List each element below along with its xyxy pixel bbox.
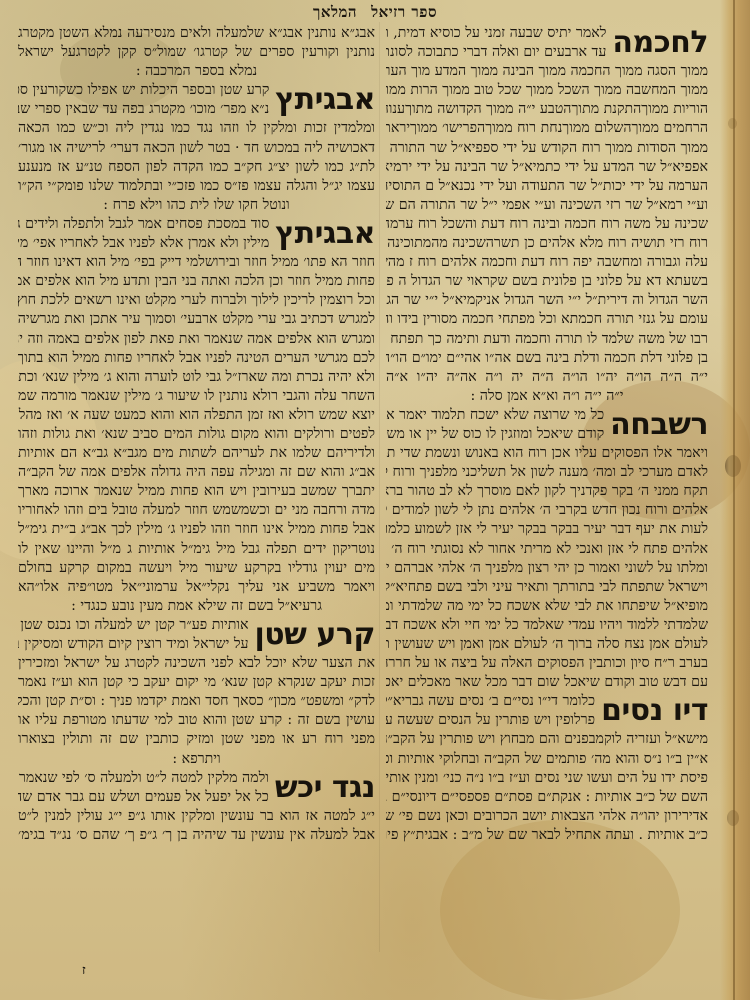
text-line: י״ג למטה אז הוא בר עונשין ומלקין אותו ג״…: [18, 807, 375, 826]
text-line: עלה וגבורה ומחשבה יפה רוח דעת וחכמה אלהי…: [386, 253, 708, 272]
text-line: נותנין וקורעין ספרים של קטרגו׳ שמול״ס קק…: [18, 43, 375, 62]
text-line: ויאמר משביע אני עליך נקלי״אל ערמוני״אל מ…: [18, 578, 375, 597]
text-line: י״ה ה״ה הו״ה יה״ו הו״ה ה״ה יה ו״ה אה״ה י…: [386, 368, 708, 387]
text-line: הרחמים ממוךהשלום ממוךנחת רוח ממוךהפרישו׳…: [386, 119, 708, 138]
text-line: מילין ולא אמרן אלא לפניו אבל לאחריו אפי׳…: [18, 234, 269, 253]
text-line: השר הגדול וה דירית״ל י״י השר הגדול אניקמ…: [386, 291, 708, 310]
text-line: וכל רוצמין לריכין לילוך ולברוח לערי מקלט…: [18, 291, 375, 310]
paper-stain: [440, 820, 680, 1000]
text-line: וע״י רמא״ל שר רזי השכינה וע״י אפמי י״ל ש…: [386, 196, 708, 215]
section-avgitatz-2: אבגיתץ סוד במסכת פסחים אמר לגבל ולתפלה ו…: [18, 215, 375, 616]
column-divider: [379, 22, 380, 952]
text-line: כ״ב אותיות . ועתה אתחיל לבאר שם של מ״ב :…: [386, 826, 708, 845]
text-line: יוצא שמש רולא ואז זמן התפלה הוא והוא כמע…: [18, 406, 375, 425]
text-line: עד ארבעים יום ואלה דברי כתבוכה לסונתיה ל…: [386, 43, 606, 62]
text-line: מפני רוח רע או מפני שטן ומזיק כותבין שם …: [18, 730, 375, 749]
running-head-right: ספר רזיאל: [371, 3, 437, 22]
text-line: ולמה מלקין למטה ל״ט ולמעלה ס׳ לפי שנאמר …: [18, 769, 269, 788]
text-line: אבל למעלה אין עונשין עד שיהיה בן ך׳ ג״פ …: [18, 826, 375, 845]
text-line: יתברך שמשב בעירובין ויש הוא פחות ממיל שנ…: [18, 482, 375, 501]
text-line: כל אל יפעל אל פעמים ושלש עם גבר אדם שהוא…: [18, 788, 269, 807]
folio-mark: ז: [82, 962, 86, 978]
text-line: כל מי שרוצה שלא ישכח תלמוד יאמר אלו הפסו…: [386, 406, 604, 425]
text-line: הערמה על ידי יכות״ל שר התעודה ועל ידי נכ…: [386, 177, 708, 196]
section-heading: נגד יכש: [269, 769, 375, 807]
text-line: לפטים ורולקים והוא מקום גולות המים סביב …: [18, 425, 375, 444]
text-line: לכם מגרשי הערים הטינה לפניו אבל לאחריו פ…: [18, 349, 375, 368]
section-lechochma: לחכמה לאמר יתיס שבעה זמני על כוסיא דמית,…: [386, 24, 708, 406]
text-line: בשעתא דא על פלוני בן פלונית בשם שקראוי ש…: [386, 272, 708, 291]
text-line: מופיא״ל שיפתחו את לבי שלא אשכח כל ימי מה…: [386, 597, 708, 616]
text-line: אבל פחות ממיל אינו חוזר וזהו לפניו ג׳ מי…: [18, 520, 375, 539]
section-kra-satan: קרע שטן אותיות פע״ר קטן יש למעלה וכו נכנ…: [18, 616, 375, 769]
page-edge-binding: [720, 0, 750, 1000]
text-line: פחות ממיל חוזר וכן הלכה ואתה בני הבין ות…: [18, 272, 375, 291]
text-line: ולא יהיה נכרת ומה שארז״ל גבי לוט לוערה ו…: [18, 368, 375, 387]
text-line: קודם שיאכל ומוזגין לו כוס של יין או משקה…: [386, 425, 604, 444]
text-line: קרע שטן ובספר היכלות יש אפילו כשקורעין ס…: [18, 81, 269, 100]
text-line: חוזר הא פתו׳ ממיל חוזר ובירושלמי דייק בפ…: [18, 253, 375, 272]
text-line: בערב ר״ח סיון וכותבין הפסוקים האלה על בי…: [386, 654, 708, 673]
text-line: עם דבש טוב וקודם שיאכל שום דבר מכל שאר מ…: [386, 673, 708, 692]
text-line: אדירירון יהו״ה אלהי הצבאות יושב הכרובים …: [386, 807, 708, 826]
text-line: לעות את יעף דבר יעיר בבקר בבקר יעיר לי א…: [386, 520, 708, 539]
text-line: עומם על גנזי תורה חכמתא וכל מפתחי חכמה מ…: [386, 310, 708, 329]
section-heading: אבגיתץ: [269, 81, 375, 119]
text-line: רוח רזי תושיה רוח מלא אלהים כן תשרהשכינה…: [386, 234, 708, 253]
text-line: לדק״ ומשפט״ מכון״ כסאך חסד ואמת יקדמו פנ…: [18, 692, 375, 711]
text-line: נוטריקון ידים תפלה גבל מיל גימ״ל אותיות …: [18, 540, 375, 559]
section-heading: רשבחה: [604, 406, 708, 444]
text-line: ומגרש הוא אלפים אמה שנאמר ואת פאת לפון א…: [18, 330, 375, 349]
text-line: אב״ג והוא שם זה ומגילה עפה היה גדולה אלפ…: [18, 463, 375, 482]
text-line: עצמו יג״ל והגלה עצמו פז״ס כמו פזכ״י ובתל…: [18, 177, 375, 196]
text-line: לאדם מערכי לב ומה׳ מענה לשון אל תשליכני …: [386, 463, 708, 482]
page-fold-line: [733, 0, 735, 1000]
section-heading: דיו נסים: [595, 692, 708, 730]
section-heading: לחכמה: [606, 24, 708, 62]
text-line: ממוך הסודות ממוך רוח הקודש על ידי ספפיא״…: [386, 139, 708, 158]
text-line: כלומר די״ו נסי״ם ב׳ נסים עשה גבריא״ל כמו…: [386, 692, 595, 711]
text-line: סוד במסכת פסחים אמר לגבל ולתפלה ולידים ג…: [18, 215, 269, 234]
closing-line: י״ה י״ה ו״ה וא״א אמן סלה :: [386, 387, 708, 406]
running-head: ספר רזיאל המלאך: [0, 3, 750, 22]
text-line: דאכושיה ליה במכוש חד · בטר לשון הכאה דער…: [18, 139, 375, 158]
text-line: אותיות פע״ר קטן יש למעלה וכו נכנס שטן לק…: [18, 616, 249, 635]
section-rashbacha: רשבחה כל מי שרוצה שלא ישכח תלמוד יאמר אל…: [386, 406, 708, 692]
text-line: אלהים פתח לי אזן ואנכי לא מריתי אחור לא …: [386, 540, 708, 559]
text-line: א״ין ב״ו נ״ס והוא מה׳ פותמים של הקב״ה וב…: [386, 750, 708, 769]
text-line: השחר עלה והגבי רולא נותנין לו שיעור ג׳ מ…: [18, 387, 375, 406]
text-line: את הצער שלא יוכל לבא לפני השכינה לקטרג ע…: [18, 654, 375, 673]
text-line: ומלמדין זכות ומלקין לו וזהו נגד כמו נגדי…: [18, 119, 375, 138]
text-line: ולדיריהם שלמו את לעריהם לשתות מים מגב״א …: [18, 444, 375, 463]
text-line: מישא״ל ועזריה לוקמבפנים והם מבחוץ ויש פו…: [386, 730, 708, 749]
text-line: לאמר יתיס שבעה זמני על כוסיא דמית, וזה ב…: [386, 24, 606, 43]
text-line: פיסת ידו על הים ועשו שני נסים וע״ז ב״ו נ…: [386, 769, 708, 788]
text-line: מים יעוין גודליו בקרקע שיעור מיל ויעשה ב…: [18, 559, 375, 578]
closing-line: ויתרפא :: [18, 750, 375, 769]
text-line: ומלתו על לשוני ואמור כן יהי רצון מלפניך …: [386, 559, 708, 578]
section-avgitatz-1: אבגיתץ קרע שטן ובספר היכלות יש אפילו כשק…: [18, 81, 375, 215]
text-line: בן פלוני דלת חכמה ודלת בינה בשם אה״ו אהי…: [386, 349, 708, 368]
right-column: לחכמה לאמר יתיס שבעה זמני על כוסיא דמית,…: [386, 24, 708, 845]
text-line: אבג״א נותנין אבג״א שלמעלה ולאים מנסירעה …: [18, 24, 375, 43]
text-line: לת״ג כמו לשון יצ״ג חק״ב כמו הקדה לפון הס…: [18, 158, 375, 177]
text-line: ויאמר אלו הפסוקים עליו אכן רוח הוא באנוש…: [386, 444, 708, 463]
section-heading: קרע שטן: [249, 616, 376, 654]
text-line: זכות יעקב שנקרא קטן שנא׳ מי יקום יעקב כי…: [18, 673, 375, 692]
text-line: למגרש דכתיב גבי ערי מקלט ארבעי׳ וסמוך עי…: [18, 310, 375, 329]
text-line: שכינה על משה רוח חכמה ובינה רוח דעת והשכ…: [386, 215, 708, 234]
text-line: השם של כ״ב אותיות : אנקת״ם פסת״ם פספסי״ם…: [386, 788, 708, 807]
text-line: לעולם אמן נצח סלה ברוך ה׳ לעולם אמן ואמן…: [386, 635, 708, 654]
text-line: אלהים ורוח נכון חדש בקרבי ה׳ אלהים נתן ל…: [386, 501, 708, 520]
left-column: אבג״א נותנין אבג״א שלמעלה ולאים מנסירעה …: [18, 24, 375, 845]
section-neged-yachesh: נגד יכש ולמה מלקין למטה ל״ט ולמעלה ס׳ לפ…: [18, 769, 375, 845]
closing-line: ונוטל חקו שלו לית כהו וילא פרח :: [18, 196, 375, 215]
text-line: מדה ורחבה מני ים וכשמשמש חוזר למעלה טובל…: [18, 501, 375, 520]
text-line: שלמדתי ללמוד ויהיו עמדי שאלמד כל ימי חיי…: [386, 616, 708, 635]
closing-line: נמלא בספר המרכבה :: [18, 62, 375, 81]
closing-line: גרעיא״ל בשם זה שילא אמת מעין נובע כנגדי …: [18, 597, 375, 616]
text-line: פרלופין ויש פותרין על הנסים שעשה עזריא״ל…: [386, 711, 595, 730]
text-line: וישראל שתפתח לבי בתורתך ותאיר עיני ולבי …: [386, 578, 708, 597]
text-line: נ״א מפר׳ מוכו׳ מקטרג בפה עד שבאין ספרי ש…: [18, 100, 269, 119]
text-line: על ישראל ומיד רוצין קיום הקודש ומסיקין ב…: [18, 635, 249, 654]
text-line: ממוך הסגה ממוך החכמה ממוך הבינה ממוך המד…: [386, 62, 708, 81]
section-dyo-nisim: דיו נסים כלומר די״ו נסי״ם ב׳ נסים עשה גב…: [386, 692, 708, 845]
running-head-left: המלאך: [313, 3, 357, 22]
scanned-page: ספר רזיאל המלאך לחכמה לאמר יתיס שבעה זמנ…: [0, 0, 750, 1000]
text-line: הוריות ממוךהתקנת מתוךהטבע י״ה ממוך הקדוש…: [386, 100, 708, 119]
text-line: אפפיא״ל שר המדע על ידי כתמיא״ל שר הבינה …: [386, 158, 708, 177]
text-line: ממוך המחשבה ממוך השכל ממוך שכל טוב ממוך …: [386, 81, 708, 100]
section-heading: אבגיתץ: [269, 215, 375, 253]
text-line: עושין בשם זה : קרע שטן והוא טוב למי שדעת…: [18, 711, 375, 730]
text-line: תקח ממני ה׳ בקר פקדניך לקון לאם מוסרך לא…: [386, 482, 708, 501]
text-line: רבו של משה שלמד לו תורה וחכמה ודעת ותימה…: [386, 330, 708, 349]
